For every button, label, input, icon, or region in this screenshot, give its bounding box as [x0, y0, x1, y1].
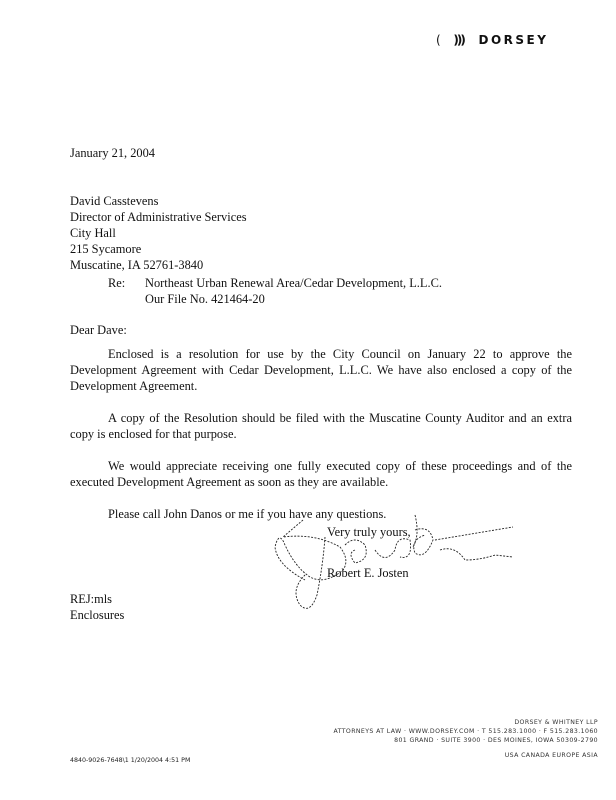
footer-contact: ATTORNEYS AT LAW · WWW.DORSEY.COM · T 51…	[334, 727, 598, 736]
recipient-address: David Casstevens Director of Administrat…	[70, 193, 247, 273]
recipient-org: City Hall	[70, 225, 247, 241]
initials: REJ:mls	[70, 591, 124, 607]
recipient-title: Director of Administrative Services	[70, 209, 247, 225]
reference-block: REJ:mls Enclosures	[70, 591, 124, 623]
body-paragraph-3: We would appreciate receiving one fully …	[70, 458, 572, 490]
logo-text: DORSEY	[479, 33, 549, 47]
re-subject: Northeast Urban Renewal Area/Cedar Devel…	[145, 275, 442, 307]
re-label: Re:	[108, 275, 125, 291]
re-line-2: Our File No. 421464-20	[145, 291, 442, 307]
letterhead-footer: DORSEY & WHITNEY LLP ATTORNEYS AT LAW · …	[334, 718, 598, 760]
recipient-city: Muscatine, IA 52761-3840	[70, 257, 247, 273]
footer-firm: DORSEY & WHITNEY LLP	[334, 718, 598, 727]
recipient-name: David Casstevens	[70, 193, 247, 209]
re-line-1: Northeast Urban Renewal Area/Cedar Devel…	[145, 275, 442, 291]
body-paragraph-1: Enclosed is a resolution for use by the …	[70, 346, 572, 394]
footer-address: 801 GRAND · SUITE 3900 · DES MOINES, IOW…	[334, 736, 598, 745]
signature-icon	[255, 505, 515, 615]
recipient-street: 215 Sycamore	[70, 241, 247, 257]
document-id: 4840-9026-7648\1 1/20/2004 4:51 PM	[70, 757, 190, 764]
enclosures-note: Enclosures	[70, 607, 124, 623]
logo-waves-icon: )))	[453, 33, 463, 47]
letter-date: January 21, 2004	[70, 145, 155, 161]
signer-name: Robert E. Josten	[327, 565, 409, 581]
footer-regions: USA CANADA EUROPE ASIA	[334, 751, 598, 760]
salutation: Dear Dave:	[70, 322, 127, 338]
logo-mark-icon: (	[436, 33, 441, 47]
body-paragraph-2: A copy of the Resolution should be filed…	[70, 410, 572, 442]
dorsey-logo: ( ))) DORSEY	[436, 33, 548, 47]
